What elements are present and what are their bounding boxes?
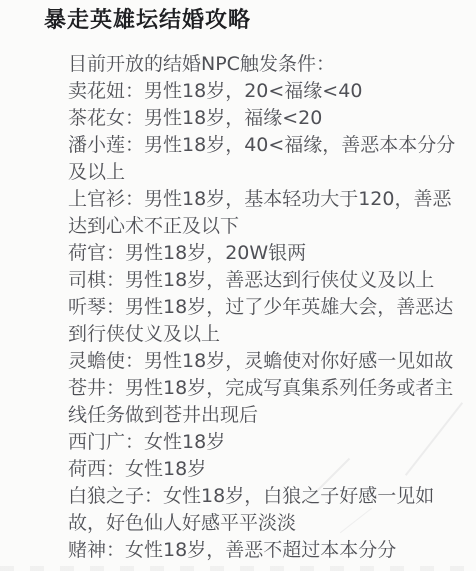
- colon-separator: ：: [125, 107, 144, 129]
- npc-condition: 男性18岁，过了少年英雄大会，善恶达到行侠仗义及以上: [68, 296, 453, 345]
- npc-name: 荷西: [68, 458, 106, 480]
- guide-body: 目前开放的结婚NPC触发条件： 卖花妞：男性18岁，20<福缘<40 茶花女：男…: [68, 51, 456, 564]
- npc-condition: 男性18岁，完成写真集系列任务或者主线任务做到苍井出现后: [68, 377, 453, 426]
- colon-separator: ：: [125, 80, 144, 102]
- npc-name: 茶花女: [68, 107, 125, 129]
- npc-entry: 赌神：女性18岁，善恶不超过本本分分: [68, 537, 456, 564]
- colon-separator: ：: [106, 296, 125, 318]
- npc-entry: 潘小莲：男性18岁，40<福缘，善恶本本分分及以上: [68, 132, 456, 186]
- npc-name: 西门广: [68, 431, 125, 453]
- intro-line: 目前开放的结婚NPC触发条件：: [68, 51, 456, 78]
- npc-condition: 男性18岁，20W银两: [125, 242, 306, 264]
- npc-entry: 荷西：女性18岁: [68, 456, 456, 483]
- npc-condition: 女性18岁: [144, 431, 225, 453]
- npc-entry: 茶花女：男性18岁，福缘<20: [68, 105, 456, 132]
- npc-condition: 男性18岁，20<福缘<40: [144, 80, 362, 102]
- npc-entry: 听琴：男性18岁，过了少年英雄大会，善恶达到行侠仗义及以上: [68, 294, 456, 348]
- npc-name: 白狼之子: [68, 485, 144, 507]
- compression-artifact-band: [0, 566, 476, 571]
- npc-entry-list: 卖花妞：男性18岁，20<福缘<40 茶花女：男性18岁，福缘<20 潘小莲：男…: [68, 78, 456, 564]
- colon-separator: ：: [106, 269, 125, 291]
- colon-separator: ：: [125, 350, 144, 372]
- colon-separator: ：: [125, 431, 144, 453]
- colon-separator: ：: [106, 458, 125, 480]
- npc-entry: 上官衫：男性18岁，基本轻功大于120，善恶达到心术不正及以下: [68, 186, 456, 240]
- colon-separator: ：: [125, 134, 144, 156]
- npc-name: 荷官: [68, 242, 106, 264]
- npc-name: 卖花妞: [68, 80, 125, 102]
- npc-entry: 灵蟾使：男性18岁，灵蟾使对你好感一见如故: [68, 348, 456, 375]
- npc-entry: 荷官：男性18岁，20W银两: [68, 240, 456, 267]
- npc-name: 苍井: [68, 377, 106, 399]
- npc-entry: 卖花妞：男性18岁，20<福缘<40: [68, 78, 456, 105]
- article-page: 暴走英雄坛结婚攻略 目前开放的结婚NPC触发条件： 卖花妞：男性18岁，20<福…: [0, 0, 476, 571]
- page-title: 暴走英雄坛结婚攻略: [0, 0, 476, 34]
- npc-name: 上官衫: [68, 188, 125, 210]
- npc-condition: 男性18岁，善恶达到行侠仗义及以上: [125, 269, 434, 291]
- npc-entry: 苍井：男性18岁，完成写真集系列任务或者主线任务做到苍井出现后: [68, 375, 456, 429]
- npc-entry: 白狼之子：女性18岁，白狼之子好感一见如故，好色仙人好感平平淡淡: [68, 483, 456, 537]
- colon-separator: ：: [106, 377, 125, 399]
- npc-condition: 女性18岁，善恶不超过本本分分: [125, 539, 396, 561]
- npc-condition: 男性18岁，福缘<20: [144, 107, 322, 129]
- colon-separator: ：: [106, 539, 125, 561]
- colon-separator: ：: [125, 188, 144, 210]
- npc-entry: 司棋：男性18岁，善恶达到行侠仗义及以上: [68, 267, 456, 294]
- npc-name: 潘小莲: [68, 134, 125, 156]
- npc-name: 灵蟾使: [68, 350, 125, 372]
- npc-condition: 女性18岁: [125, 458, 206, 480]
- npc-name: 赌神: [68, 539, 106, 561]
- colon-separator: ：: [106, 242, 125, 264]
- npc-entry: 西门广：女性18岁: [68, 429, 456, 456]
- npc-name: 听琴: [68, 296, 106, 318]
- npc-condition: 男性18岁，灵蟾使对你好感一见如故: [144, 350, 453, 372]
- npc-name: 司棋: [68, 269, 106, 291]
- colon-separator: ：: [144, 485, 163, 507]
